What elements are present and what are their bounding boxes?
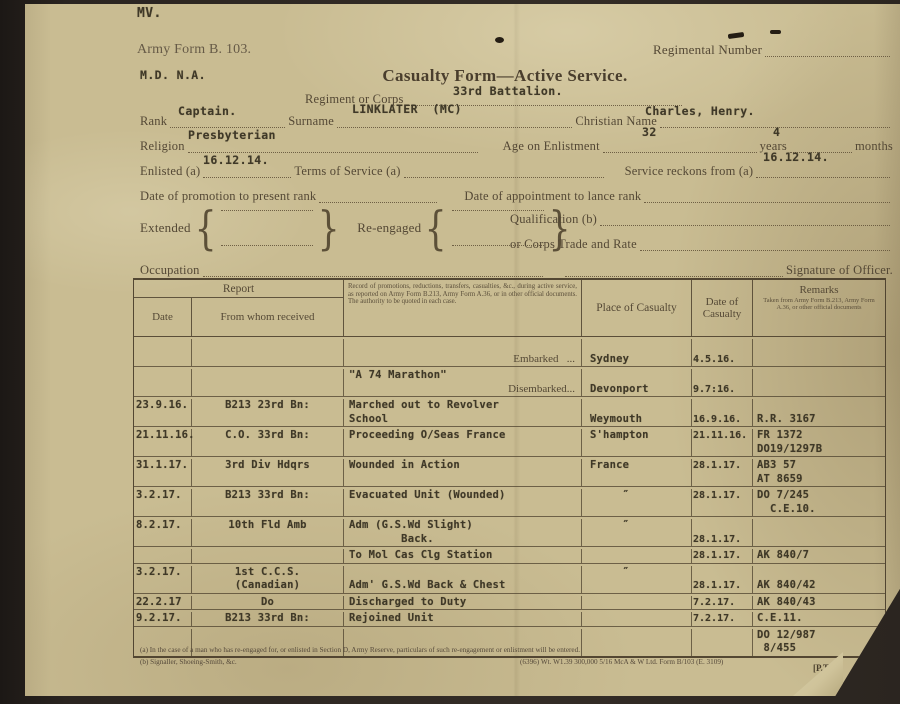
dotted-line bbox=[404, 166, 604, 178]
cell-date: 23.9.16. bbox=[134, 399, 192, 426]
age-years-value: 32 bbox=[642, 125, 657, 139]
rank-label: Rank bbox=[140, 114, 167, 129]
cell-remarks: AK 840/42 bbox=[753, 566, 885, 593]
qualification-line: Qualification (b) bbox=[510, 212, 893, 227]
cell-cas: 7.2.17. bbox=[692, 596, 753, 610]
date-header: Date bbox=[134, 298, 192, 336]
cell-place: ″ bbox=[582, 489, 692, 516]
cell-place: France bbox=[582, 459, 692, 486]
cell-place: ″ bbox=[582, 519, 692, 546]
cell-place: Sydney bbox=[582, 339, 692, 366]
cell-remarks: DO 12/987 8/455 bbox=[753, 629, 885, 656]
cell-date bbox=[134, 549, 192, 563]
cell-place bbox=[582, 549, 692, 563]
table-row: "A 74 Marathon"Disembarked... Devonport … bbox=[134, 367, 885, 397]
enlisted-line: Enlisted (a) Terms of Service (a) Servic… bbox=[140, 164, 893, 179]
dept-mark: M.D. N.A. bbox=[140, 68, 206, 82]
corps-trade-label: or Corps Trade and Rate bbox=[510, 237, 637, 252]
cell-date: 8.2.17. bbox=[134, 519, 192, 546]
extended-box bbox=[221, 210, 313, 246]
cell-place bbox=[582, 629, 692, 656]
dotted-line bbox=[203, 265, 543, 277]
table-row: 21.11.16. C.O. 33rd Bn: Proceeding O/Sea… bbox=[134, 427, 885, 457]
cell-place: ″ bbox=[582, 566, 692, 593]
extended-group: Extended { } Re-engaged { } bbox=[140, 206, 574, 250]
age-months-value: 4 bbox=[773, 125, 780, 139]
cell-from bbox=[192, 369, 344, 396]
cell-from: B213 23rd Bn: bbox=[192, 399, 344, 426]
table-row: To Mol Cas Clg Station 28.1.17.AK 840/7 bbox=[134, 547, 885, 564]
cell-cas: 28.1.17. bbox=[692, 549, 753, 563]
cell-from: B213 33rd Bn: bbox=[192, 489, 344, 516]
dotted-line bbox=[170, 116, 285, 128]
promotion-label: Date of promotion to present rank bbox=[140, 189, 316, 204]
paper-damage bbox=[770, 30, 781, 34]
paper-damage bbox=[495, 37, 504, 43]
cell-from bbox=[192, 339, 344, 366]
cell-remarks: FR 1372DO19/1297B bbox=[753, 429, 885, 456]
cell-remarks bbox=[753, 339, 885, 366]
cell-cas: 28.1.17. bbox=[692, 489, 753, 516]
cell-cas: 9.7:16. bbox=[692, 369, 753, 396]
cell-date: 22.2.17 bbox=[134, 596, 192, 610]
cell-cas: 16.9.16. bbox=[692, 399, 753, 426]
cell-remarks bbox=[753, 519, 885, 546]
cell-from: 10th Fld Amb bbox=[192, 519, 344, 546]
table-row: 9.2.17.B213 33rd Bn:Rejoined Unit 7.2.17… bbox=[134, 610, 885, 627]
cell-record: Discharged to Duty bbox=[344, 596, 582, 610]
occupation-label: Occupation bbox=[140, 263, 200, 278]
cell-cas: 28.1.17. bbox=[692, 566, 753, 593]
dotted-line bbox=[565, 265, 783, 277]
cell-place: Devonport bbox=[582, 369, 692, 396]
cell-from: B213 33rd Bn: bbox=[192, 612, 344, 626]
cell-date: 3.2.17. bbox=[134, 566, 192, 593]
table-body: Embarked ... Sydney 4.5.16. "A 74 Marath… bbox=[134, 337, 885, 656]
cell-record: Marched out to RevolverSchool bbox=[344, 399, 582, 426]
enlisted-label: Enlisted (a) bbox=[140, 164, 200, 179]
remarks-note: Taken from Army Form B.213, Army Form A.… bbox=[753, 296, 885, 311]
table-row: 31.1.17. 3rd Div Hdqrs Wounded in Action… bbox=[134, 457, 885, 487]
from-whom-header: From whom received bbox=[192, 298, 343, 336]
terms-label: Terms of Service (a) bbox=[294, 164, 400, 179]
cell-cas: 21.11.16. bbox=[692, 429, 753, 456]
cell-remarks: DO 7/245 C.E.10. bbox=[753, 489, 885, 516]
cell-remarks: C.E.11. bbox=[753, 612, 885, 626]
cell-record: Adm' G.S.Wd Back & Chest bbox=[344, 566, 582, 593]
remarks-title: Remarks bbox=[753, 284, 885, 296]
cell-record: Proceeding O/Seas France bbox=[344, 429, 582, 456]
cell-record: Rejoined Unit bbox=[344, 612, 582, 626]
dotted-line bbox=[337, 116, 572, 128]
regimental-number-line: Regimental Number bbox=[653, 42, 893, 58]
dotted-line bbox=[203, 166, 291, 178]
cell-date: 9.2.17. bbox=[134, 612, 192, 626]
cell-cas: 28.1.17. bbox=[692, 519, 753, 546]
cell-from: 1st C.C.S.(Canadian) bbox=[192, 566, 344, 593]
footnote-b: (b) Signaller, Shoeing-Smith, &c. bbox=[140, 658, 237, 666]
folded-corner bbox=[793, 652, 843, 696]
cell-remarks: R.R. 3167 bbox=[753, 399, 885, 426]
dotted-line bbox=[188, 141, 478, 153]
corner-mark: MV. bbox=[137, 6, 162, 21]
table-row: 8.2.17. 10th Fld Amb Adm (G.S.Wd Slight)… bbox=[134, 517, 885, 547]
report-header-group: Report Date From whom received bbox=[134, 280, 344, 336]
occupation-line: Occupation Signature of Officer. bbox=[140, 263, 893, 278]
cell-from: Do bbox=[192, 596, 344, 610]
footnote-a: (a) In the case of a man who has re-enga… bbox=[140, 646, 580, 654]
dotted-line bbox=[756, 166, 890, 178]
cell-date: 3.2.17. bbox=[134, 489, 192, 516]
reengaged-label: Re-engaged bbox=[357, 220, 421, 236]
casualty-table: Report Date From whom received Record of… bbox=[133, 278, 886, 658]
reckons-label: Service reckons from (a) bbox=[625, 164, 754, 179]
promotion-line: Date of promotion to present rank Date o… bbox=[140, 189, 893, 204]
cell-cas: 4.5.16. bbox=[692, 339, 753, 366]
cell-date: 21.11.16. bbox=[134, 429, 192, 456]
cell-place bbox=[582, 596, 692, 610]
date-of-casualty-header: Date of Casualty bbox=[692, 280, 753, 336]
cell-cas: 7.2.17. bbox=[692, 612, 753, 626]
table-row: Embarked ... Sydney 4.5.16. bbox=[134, 337, 885, 367]
cell-remarks: AK 840/7 bbox=[753, 549, 885, 563]
paper-damage bbox=[728, 32, 745, 39]
left-brace: { bbox=[425, 208, 447, 248]
dotted-line bbox=[765, 45, 890, 57]
dotted-line bbox=[600, 214, 890, 226]
cell-cas bbox=[692, 629, 753, 656]
remarks-header: Remarks Taken from Army Form B.213, Army… bbox=[753, 280, 885, 336]
right-brace: } bbox=[318, 208, 340, 248]
cell-from: 3rd Div Hdqrs bbox=[192, 459, 344, 486]
cell-place bbox=[582, 612, 692, 626]
surname-label: Surname bbox=[288, 114, 334, 129]
form-number: Army Form B. 103. bbox=[137, 42, 251, 58]
cell-remarks: AK 840/43 bbox=[753, 596, 885, 610]
dotted-line bbox=[640, 239, 890, 251]
table-header: Report Date From whom received Record of… bbox=[134, 280, 885, 337]
table-row: 3.2.17. B213 33rd Bn: Evacuated Unit (Wo… bbox=[134, 487, 885, 517]
table-row: 3.2.17. 1st C.C.S.(Canadian) Adm' G.S.Wd… bbox=[134, 564, 885, 594]
cell-from bbox=[192, 549, 344, 563]
qualification-label: Qualification (b) bbox=[510, 212, 597, 227]
cell-date bbox=[134, 339, 192, 366]
cell-remarks: AB3 57AT 8659 bbox=[753, 459, 885, 486]
left-brace: { bbox=[194, 208, 216, 248]
religion-label: Religion bbox=[140, 139, 185, 154]
page-title: Casualty Form—Active Service. bbox=[305, 66, 705, 86]
extended-label: Extended bbox=[140, 220, 191, 236]
dotted-line bbox=[603, 141, 757, 153]
cell-place: S'hampton bbox=[582, 429, 692, 456]
table-row: 22.2.17DoDischarged to Duty 7.2.17.AK 84… bbox=[134, 594, 885, 611]
cell-from: C.O. 33rd Bn: bbox=[192, 429, 344, 456]
months-label: months bbox=[855, 139, 893, 154]
cell-date: 31.1.17. bbox=[134, 459, 192, 486]
scanned-form-page: MV. Army Form B. 103. Regimental Number … bbox=[25, 4, 900, 696]
age-label: Age on Enlistment bbox=[503, 139, 600, 154]
place-of-casualty-header: Place of Casualty bbox=[582, 280, 692, 336]
record-note-header: Record of promotions, reductions, transf… bbox=[344, 280, 582, 336]
cell-place: Weymouth bbox=[582, 399, 692, 426]
cell-record: "A 74 Marathon"Disembarked... bbox=[344, 369, 582, 396]
table-row: 23.9.16. B213 23rd Bn: Marched out to Re… bbox=[134, 397, 885, 427]
cell-record: Wounded in Action bbox=[344, 459, 582, 486]
cell-record: Evacuated Unit (Wounded) bbox=[344, 489, 582, 516]
reckons-value: 16.12.14. bbox=[763, 150, 829, 164]
cell-record: To Mol Cas Clg Station bbox=[344, 549, 582, 563]
cell-record: Adm (G.S.Wd Slight) Back. bbox=[344, 519, 582, 546]
signature-label: Signature of Officer. bbox=[786, 263, 893, 278]
regimental-number-label: Regimental Number bbox=[653, 42, 762, 58]
cell-date bbox=[134, 369, 192, 396]
dotted-line bbox=[644, 191, 890, 203]
cell-remarks bbox=[753, 369, 885, 396]
corps-trade-line: or Corps Trade and Rate bbox=[510, 237, 893, 252]
imprint-line: (6396) Wt. W1.39 300,000 5/16 McA & W Lt… bbox=[520, 658, 723, 666]
cell-record: Embarked ... bbox=[344, 339, 582, 366]
report-header: Report bbox=[134, 280, 343, 298]
cell-cas: 28.1.17. bbox=[692, 459, 753, 486]
